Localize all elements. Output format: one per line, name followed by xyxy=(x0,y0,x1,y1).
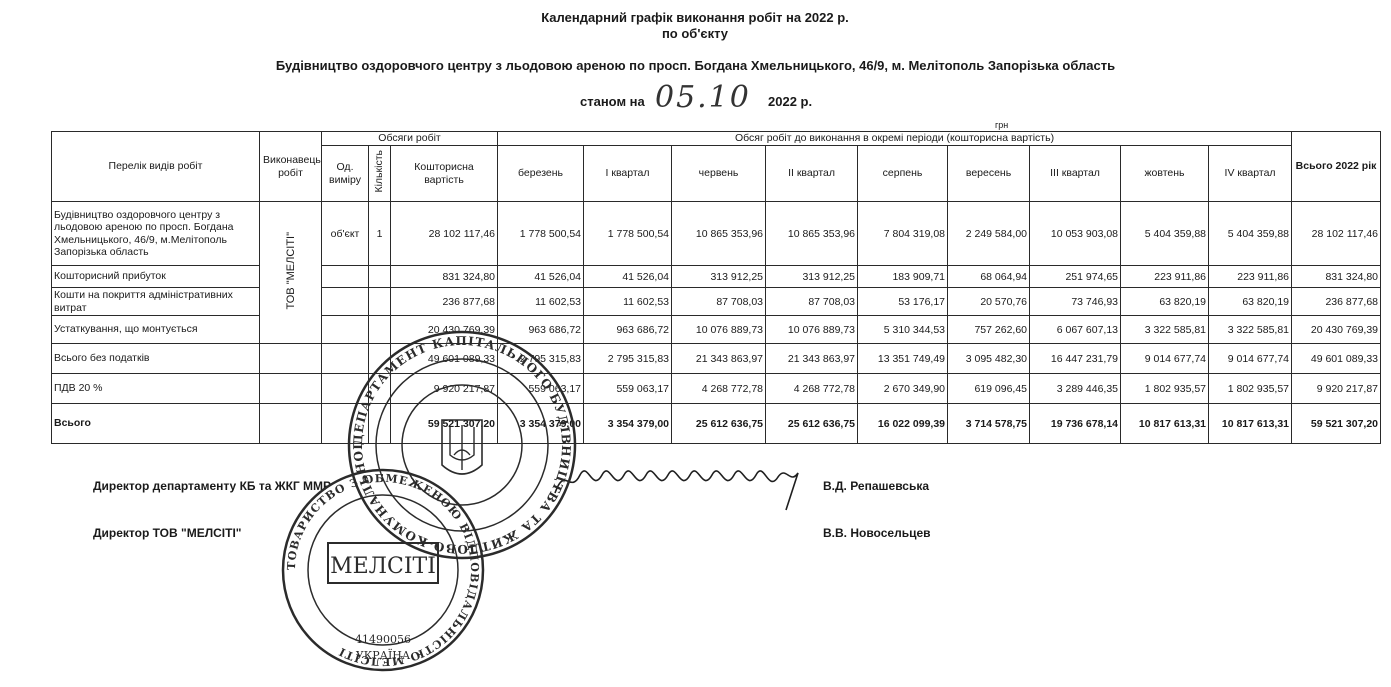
period-value-cell: 7 804 319,08 xyxy=(858,202,948,266)
period-value-cell: 9 014 677,74 xyxy=(1209,344,1292,374)
unit-cell xyxy=(322,288,369,316)
company-stamp-country: УКРАЇНА xyxy=(356,648,411,662)
period-value-cell: 11 602,53 xyxy=(584,288,672,316)
quantity-cell: 1 xyxy=(369,202,391,266)
table-row: Всього без податків49 601 089,332 795 31… xyxy=(52,344,1381,374)
period-value-cell: 1 802 935,57 xyxy=(1121,374,1209,404)
period-value-cell: 559 063,17 xyxy=(584,374,672,404)
period-value-cell: 87 708,03 xyxy=(766,288,858,316)
executor-cell-empty xyxy=(260,374,322,404)
executor-name: ТОВ "МЕЛСІТІ" xyxy=(285,232,297,309)
table-row: Кошторисний прибуток831 324,8041 526,044… xyxy=(52,266,1381,288)
total-cell: 20 430 769,39 xyxy=(1292,316,1381,344)
signature-name-1: В.Д. Репашевська xyxy=(823,479,929,493)
col-period: червень xyxy=(672,146,766,202)
work-name-cell: Всього без податків xyxy=(52,344,260,374)
col-period: I квартал xyxy=(584,146,672,202)
col-group-volumes: Обсяги робіт xyxy=(322,132,498,146)
col-executor: Виконавець робіт xyxy=(260,132,322,202)
work-name-cell: Кошти на покриття адміністративних витра… xyxy=(52,288,260,316)
period-value-cell: 5 404 359,88 xyxy=(1121,202,1209,266)
table-row: ПДВ 20 %9 920 217,87559 063,17559 063,17… xyxy=(52,374,1381,404)
total-cell: 9 920 217,87 xyxy=(1292,374,1381,404)
period-value-cell: 3 714 578,75 xyxy=(948,404,1030,444)
period-value-cell: 10 817 613,31 xyxy=(1121,404,1209,444)
estimated-cost-cell: 236 877,68 xyxy=(391,288,498,316)
period-value-cell: 68 064,94 xyxy=(948,266,1030,288)
total-cell: 28 102 117,46 xyxy=(1292,202,1381,266)
company-stamp: ТОВАРИСТВО З ОБМЕЖЕНОЮ ВІДПОВІДАЛЬНІСТЮ … xyxy=(278,465,488,675)
col-period: III квартал xyxy=(1030,146,1121,202)
estimated-cost-cell: 831 324,80 xyxy=(391,266,498,288)
handwritten-signature xyxy=(550,455,820,515)
period-value-cell: 5 404 359,88 xyxy=(1209,202,1292,266)
schedule-table: Перелік видів робіт Виконавець робіт Обс… xyxy=(51,131,1381,444)
period-value-cell: 251 974,65 xyxy=(1030,266,1121,288)
period-value-cell: 3 322 585,81 xyxy=(1209,316,1292,344)
work-name-cell: Будівництво оздоровчого центру з льодово… xyxy=(52,202,260,266)
unit-cell xyxy=(322,266,369,288)
total-cell: 49 601 089,33 xyxy=(1292,344,1381,374)
object-name: Будівництво оздоровчого центру з льодово… xyxy=(100,58,1291,73)
col-period: вересень xyxy=(948,146,1030,202)
period-value-cell: 619 096,45 xyxy=(948,374,1030,404)
unit-cell: об'єкт xyxy=(322,202,369,266)
col-period: IV квартал xyxy=(1209,146,1292,202)
col-quantity-label: Кількість xyxy=(373,150,386,193)
work-name-cell: ПДВ 20 % xyxy=(52,374,260,404)
document-title: Календарний графік виконання робіт на 20… xyxy=(395,10,995,25)
handwritten-date: 05.10 xyxy=(655,80,751,115)
col-period: березень xyxy=(498,146,584,202)
total-cell: 831 324,80 xyxy=(1292,266,1381,288)
estimated-cost-cell: 28 102 117,46 xyxy=(391,202,498,266)
period-value-cell: 313 912,25 xyxy=(672,266,766,288)
executor-cell: ТОВ "МЕЛСІТІ" xyxy=(260,202,322,344)
col-quantity: Кількість xyxy=(369,146,391,202)
quantity-cell xyxy=(369,288,391,316)
table-row: Будівництво оздоровчого центру з льодово… xyxy=(52,202,1381,266)
period-value-cell: 223 911,86 xyxy=(1209,266,1292,288)
company-stamp-code: 41490056 xyxy=(355,633,411,646)
period-value-cell: 10 817 613,31 xyxy=(1209,404,1292,444)
period-value-cell: 6 067 607,13 xyxy=(1030,316,1121,344)
period-value-cell: 10 076 889,73 xyxy=(766,316,858,344)
period-value-cell: 20 570,76 xyxy=(948,288,1030,316)
table-row: Кошти на покриття адміністративних витра… xyxy=(52,288,1381,316)
period-value-cell: 63 820,19 xyxy=(1209,288,1292,316)
period-value-cell: 73 746,93 xyxy=(1030,288,1121,316)
signature-name-2: В.В. Новосельцев xyxy=(823,526,931,540)
total-cell: 59 521 307,20 xyxy=(1292,404,1381,444)
period-value-cell: 41 526,04 xyxy=(498,266,584,288)
work-name-cell: Всього xyxy=(52,404,260,444)
period-value-cell: 25 612 636,75 xyxy=(766,404,858,444)
period-value-cell: 223 911,86 xyxy=(1121,266,1209,288)
period-value-cell: 2 670 349,90 xyxy=(858,374,948,404)
work-name-cell: Устаткування, що монтується xyxy=(52,316,260,344)
period-value-cell: 87 708,03 xyxy=(672,288,766,316)
col-estimated-cost: Кошторисна вартість xyxy=(391,146,498,202)
table-row: Всього59 521 307,203 354 379,003 354 379… xyxy=(52,404,1381,444)
col-unit: Од. виміру xyxy=(322,146,369,202)
period-value-cell: 963 686,72 xyxy=(584,316,672,344)
period-value-cell: 2 249 584,00 xyxy=(948,202,1030,266)
period-value-cell: 4 268 772,78 xyxy=(672,374,766,404)
company-stamp-logo: МЕЛСІТІ xyxy=(330,554,436,579)
period-value-cell: 10 053 903,08 xyxy=(1030,202,1121,266)
period-value-cell: 4 268 772,78 xyxy=(766,374,858,404)
period-value-cell: 313 912,25 xyxy=(766,266,858,288)
col-period: II квартал xyxy=(766,146,858,202)
table-row: Устаткування, що монтується20 430 769,39… xyxy=(52,316,1381,344)
period-value-cell: 9 014 677,74 xyxy=(1121,344,1209,374)
col-group-periods: Обсяг робіт до виконання в окремі період… xyxy=(498,132,1292,146)
col-period: жовтень xyxy=(1121,146,1209,202)
period-value-cell: 1 778 500,54 xyxy=(584,202,672,266)
period-value-cell: 1 778 500,54 xyxy=(498,202,584,266)
period-value-cell: 3 289 446,35 xyxy=(1030,374,1121,404)
period-value-cell: 11 602,53 xyxy=(498,288,584,316)
currency-unit: грн xyxy=(995,120,1008,130)
period-value-cell: 10 076 889,73 xyxy=(672,316,766,344)
col-works-list: Перелік видів робіт xyxy=(52,132,260,202)
period-value-cell: 2 795 315,83 xyxy=(584,344,672,374)
period-value-cell: 183 909,71 xyxy=(858,266,948,288)
period-value-cell: 10 865 353,96 xyxy=(766,202,858,266)
col-period: серпень xyxy=(858,146,948,202)
period-value-cell: 3 095 482,30 xyxy=(948,344,1030,374)
period-value-cell: 63 820,19 xyxy=(1121,288,1209,316)
period-value-cell: 1 802 935,57 xyxy=(1209,374,1292,404)
period-value-cell: 3 354 379,00 xyxy=(584,404,672,444)
period-value-cell: 53 176,17 xyxy=(858,288,948,316)
period-value-cell: 13 351 749,49 xyxy=(858,344,948,374)
period-value-cell: 19 736 678,14 xyxy=(1030,404,1121,444)
work-name-cell: Кошторисний прибуток xyxy=(52,266,260,288)
col-total: Всього 2022 рік xyxy=(1292,132,1381,202)
quantity-cell xyxy=(369,266,391,288)
period-value-cell: 3 322 585,81 xyxy=(1121,316,1209,344)
period-value-cell: 21 343 863,97 xyxy=(672,344,766,374)
period-value-cell: 25 612 636,75 xyxy=(672,404,766,444)
signature-position-2: Директор ТОВ "МЕЛСІТІ" xyxy=(93,526,241,540)
period-value-cell: 10 865 353,96 xyxy=(672,202,766,266)
period-value-cell: 5 310 344,53 xyxy=(858,316,948,344)
total-cell: 236 877,68 xyxy=(1292,288,1381,316)
period-value-cell: 21 343 863,97 xyxy=(766,344,858,374)
as-of-label: станом на xyxy=(580,94,645,109)
period-value-cell: 757 262,60 xyxy=(948,316,1030,344)
period-value-cell: 41 526,04 xyxy=(584,266,672,288)
executor-cell-empty xyxy=(260,344,322,374)
executor-cell-empty xyxy=(260,404,322,444)
period-value-cell: 16 022 099,39 xyxy=(858,404,948,444)
period-value-cell: 16 447 231,79 xyxy=(1030,344,1121,374)
document-subtitle: по об'єкту xyxy=(395,26,995,41)
as-of-year: 2022 р. xyxy=(768,94,812,109)
